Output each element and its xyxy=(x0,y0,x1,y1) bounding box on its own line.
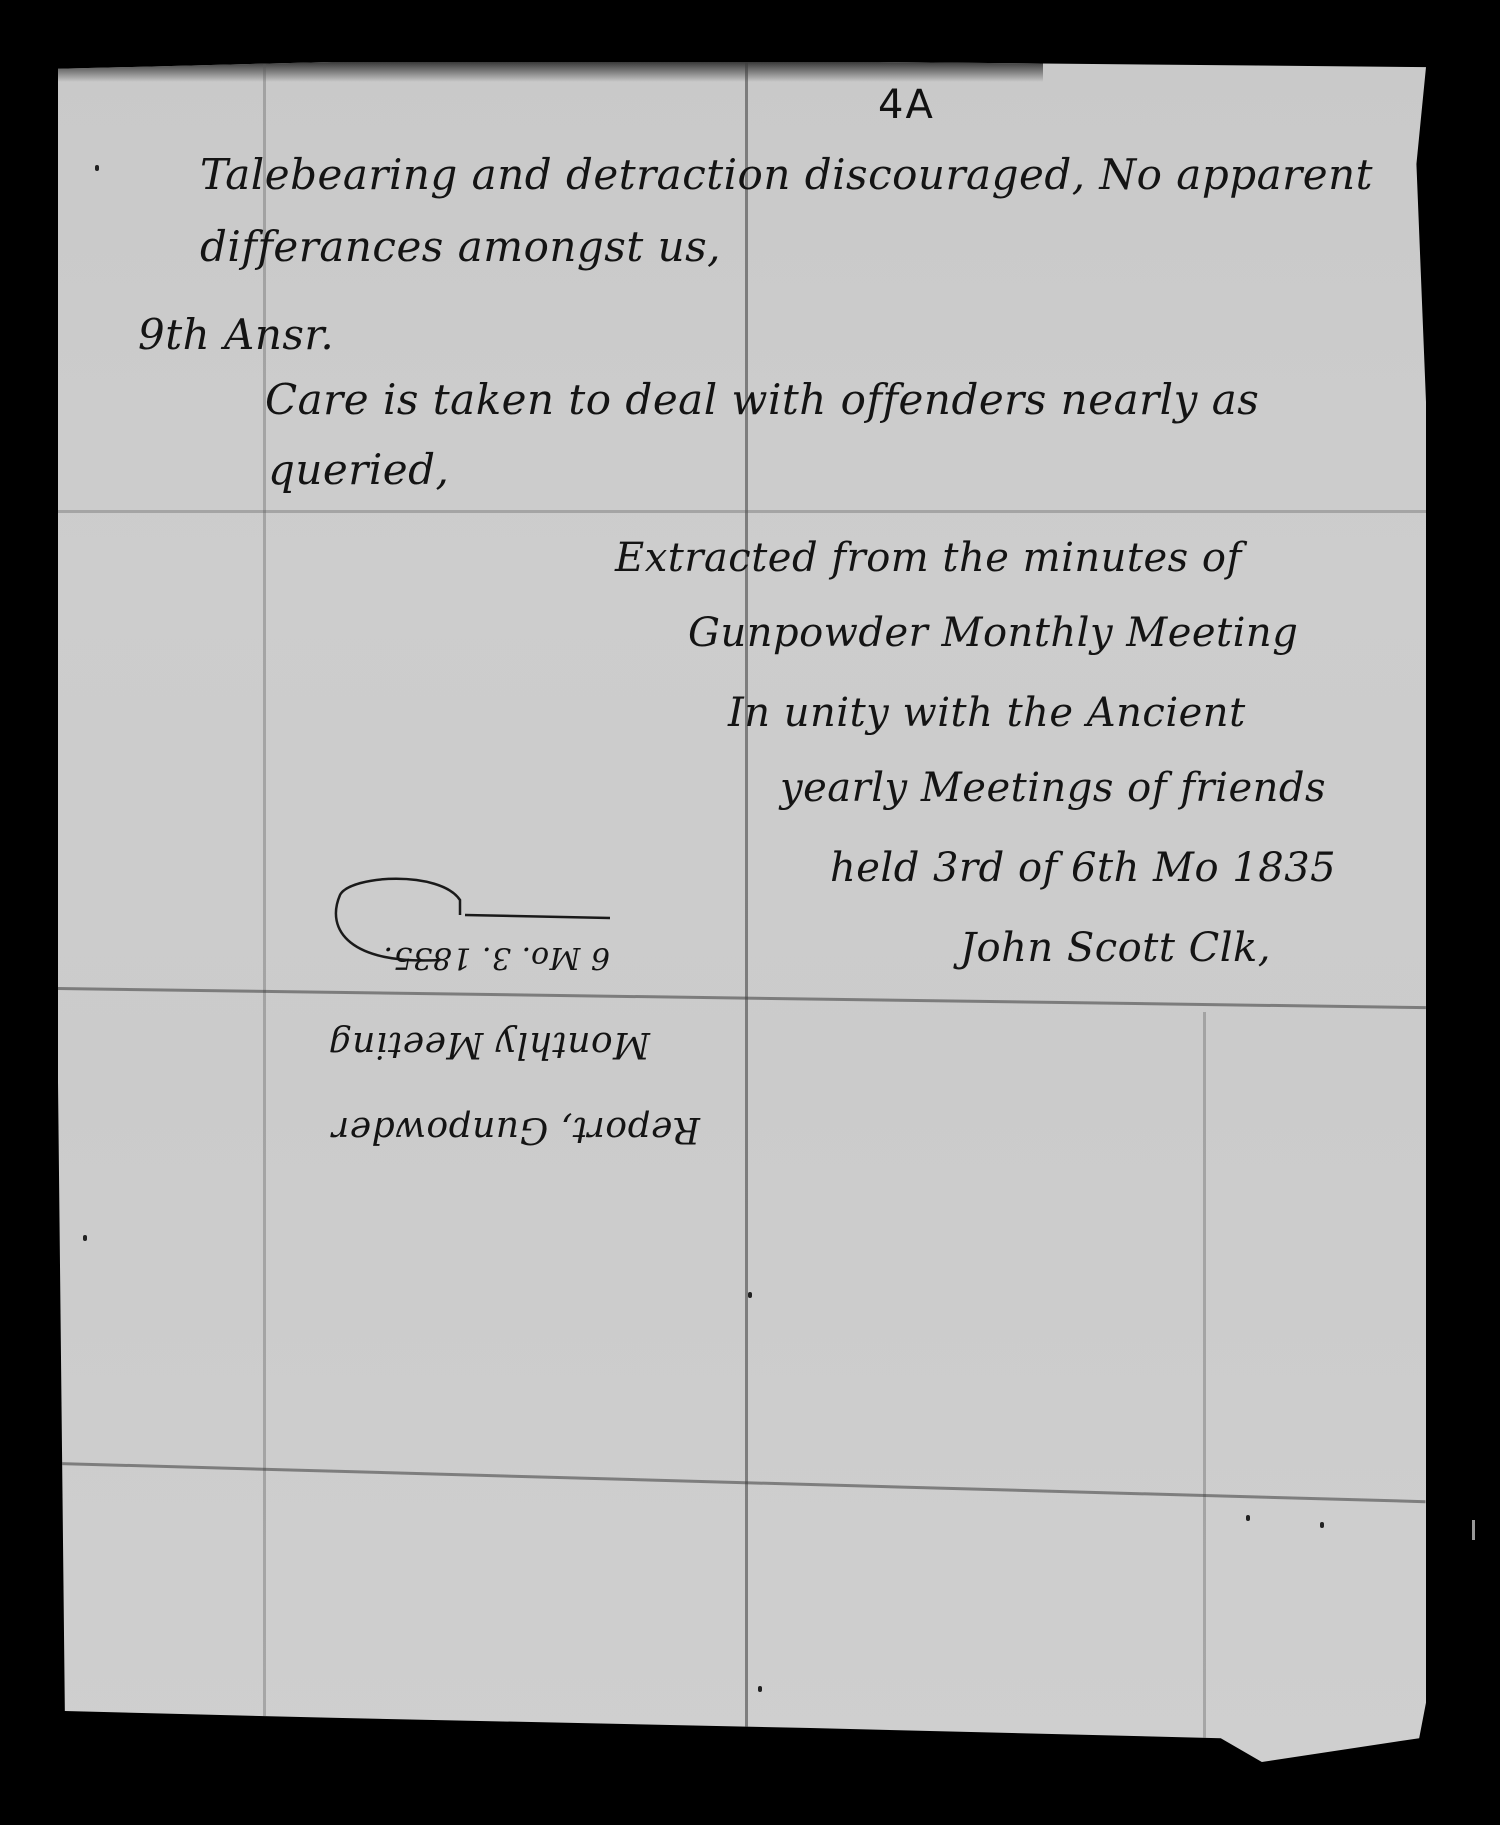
ink-speck xyxy=(95,165,99,171)
top-edge-stain xyxy=(58,62,1043,82)
docket-line-3: 6 Mo. 3. 1835. xyxy=(383,940,610,975)
attestation-line-3: In unity with the Ancient xyxy=(728,690,1246,736)
ink-speck xyxy=(1320,1522,1324,1528)
fold-line-vertical-center xyxy=(745,62,748,1752)
body-line-2: differances amongst us, xyxy=(200,222,721,271)
fold-line-vertical-right xyxy=(1203,1012,1206,1752)
body-line-1: Talebearing and detraction discouraged, … xyxy=(200,150,1373,199)
attestation-line-4: yearly Meetings of friends xyxy=(780,765,1326,811)
page-number: 4A xyxy=(878,82,935,128)
attestation-line-2: Gunpowder Monthly Meeting xyxy=(688,610,1298,656)
ink-speck xyxy=(83,1235,87,1241)
docket-upside-down: Report, Gunpowder Monthly Meeting 6 Mo. … xyxy=(300,870,720,1160)
docket-line-2: Monthly Meeting xyxy=(328,1024,650,1065)
answer-line-2: queried, xyxy=(268,445,449,494)
ink-speck xyxy=(1246,1515,1250,1521)
attestation-line-5: held 3rd of 6th Mo 1835 xyxy=(830,845,1336,891)
answer-line-1: Care is taken to deal with offenders nea… xyxy=(265,375,1259,424)
ink-speck xyxy=(748,1292,752,1298)
clerk-signature: John Scott Clk, xyxy=(960,925,1271,971)
attestation-line-1: Extracted from the minutes of xyxy=(615,535,1242,581)
answer-heading: 9th Ansr. xyxy=(138,310,334,359)
docket-line-1: Report, Gunpowder xyxy=(332,1109,700,1150)
ink-speck xyxy=(758,1686,762,1692)
edge-mark xyxy=(1472,1520,1475,1540)
fold-line-horizontal-upper xyxy=(58,510,1426,513)
